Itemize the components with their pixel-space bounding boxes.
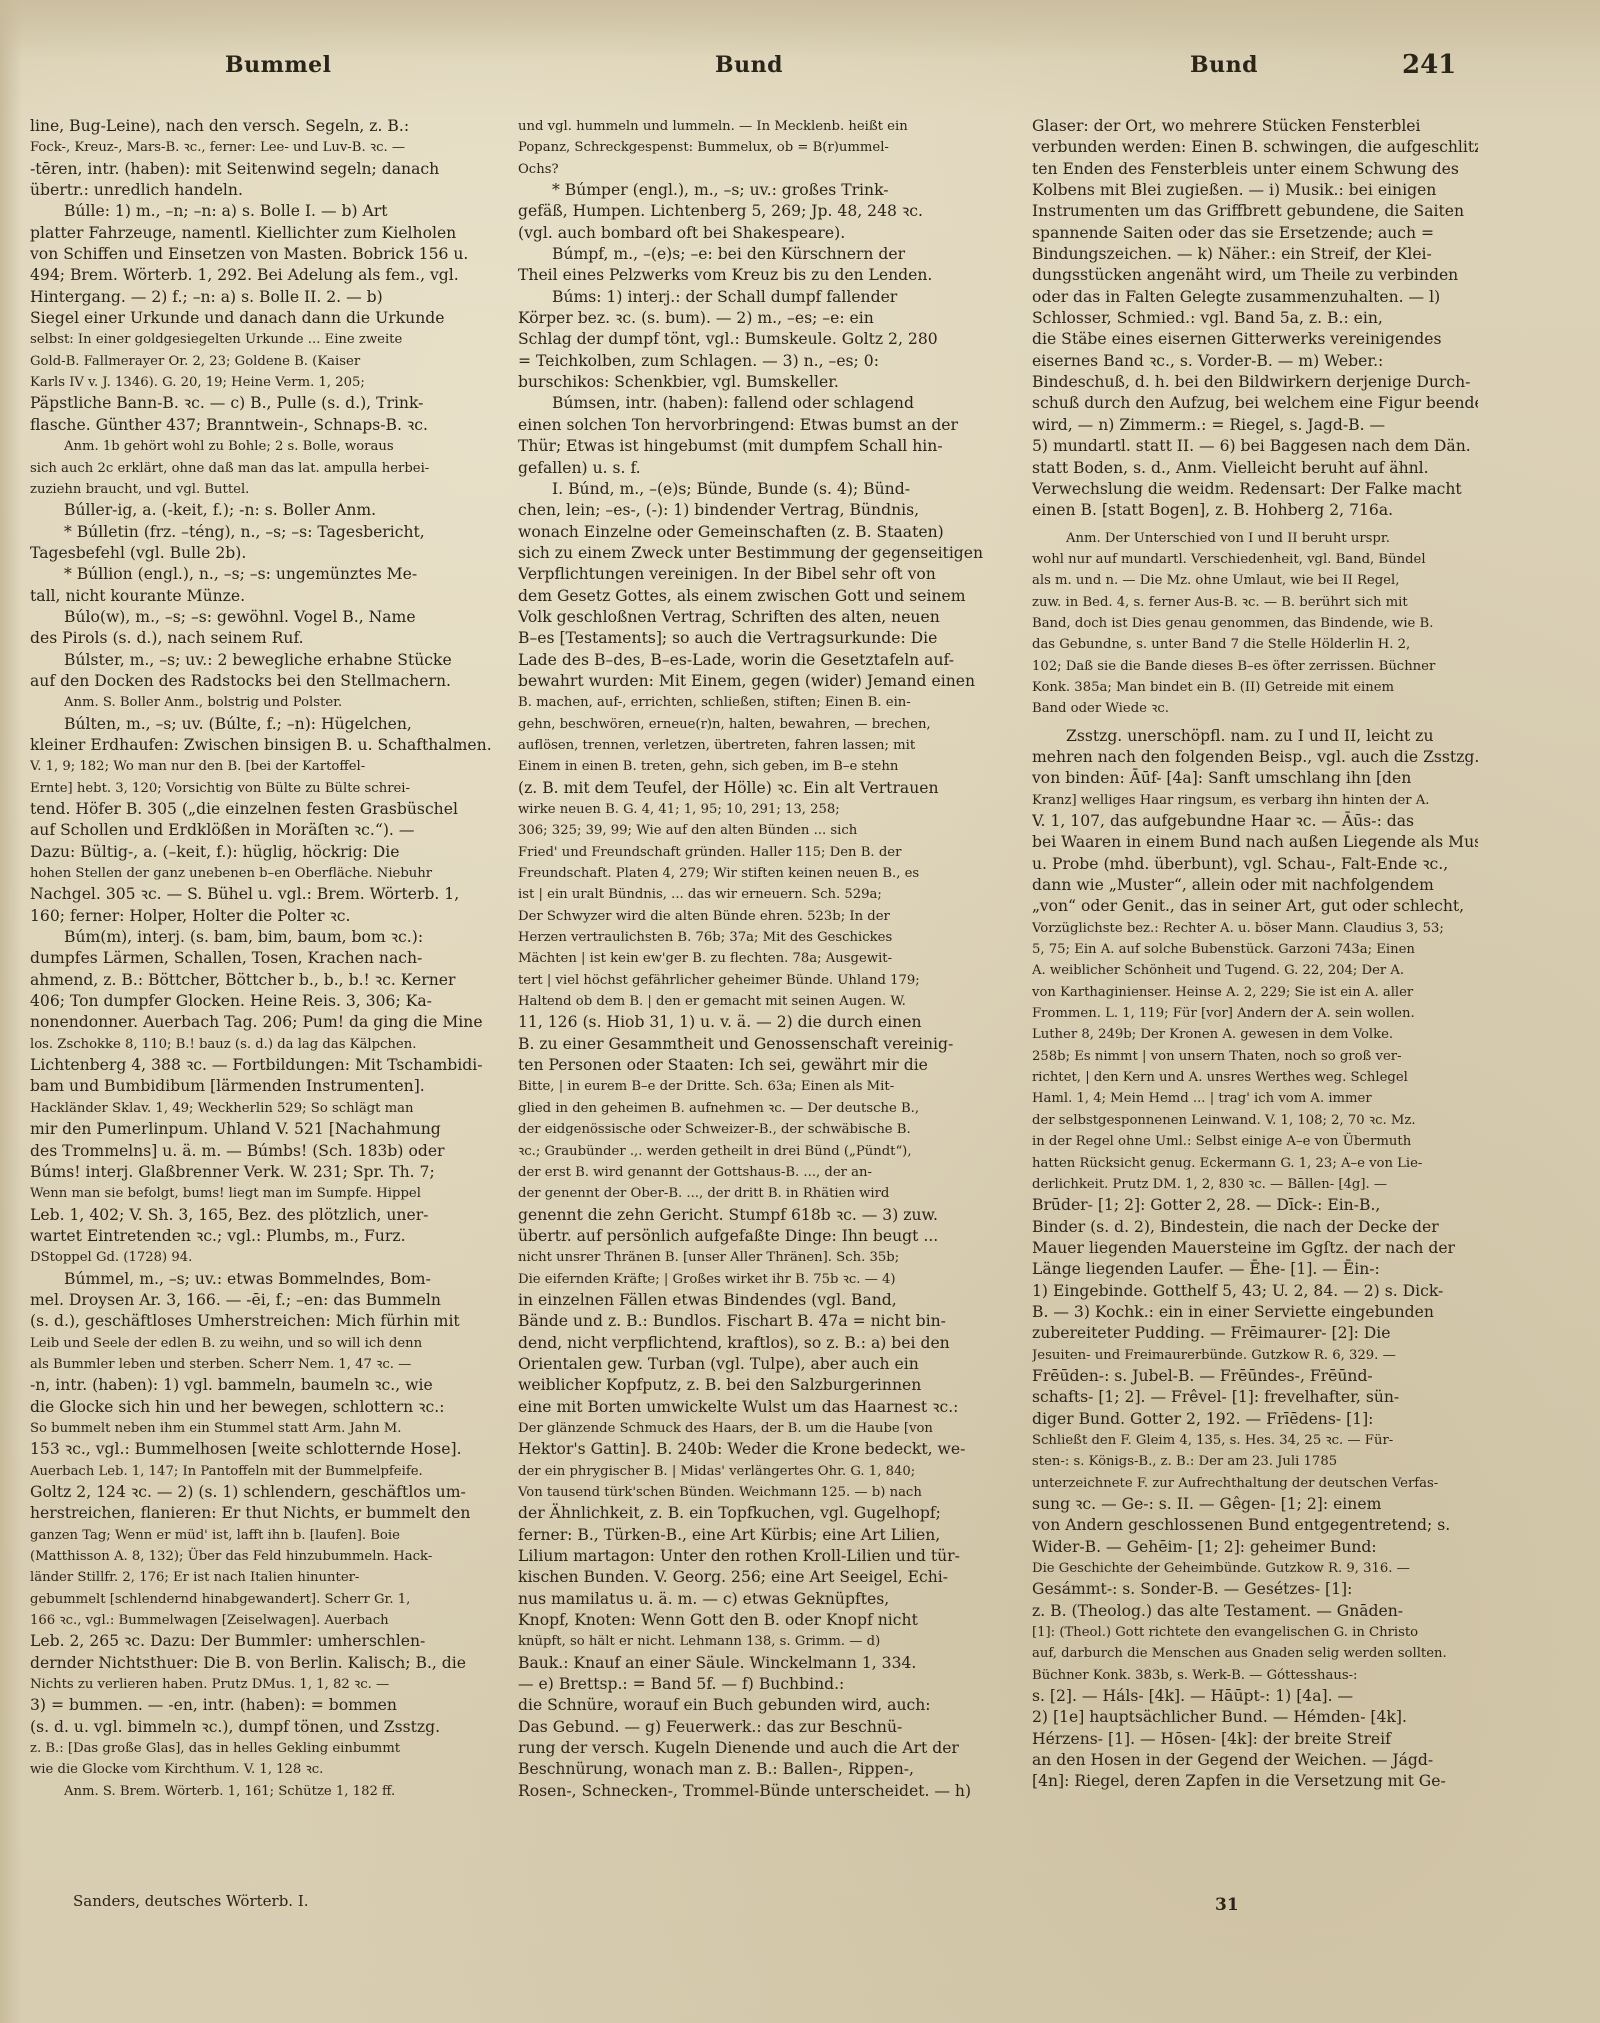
dictionary-line: Tagesbefehl (vgl. Bulle 2b). (30, 543, 508, 564)
dictionary-line: wartet Eintretenden ꝛc.; vgl.: Plumbs, m… (30, 1226, 508, 1247)
dictionary-line: die Stäbe eines eisernen Gitterwerks ver… (1032, 329, 1478, 350)
dictionary-line: wie die Glocke vom Kirchthum. V. 1, 128 … (30, 1759, 508, 1780)
dictionary-line: auf Schollen und Erdklößen in Moräſten ꝛ… (30, 820, 508, 841)
dictionary-line: 5) mundartl. statt II. — 6) bei Baggesen… (1032, 436, 1478, 457)
dictionary-line: dumpfes Lärmen, Schallen, Tosen, Krachen… (30, 948, 508, 969)
dictionary-line: Schlag der dumpf tönt, vgl.: Bumskeule. … (518, 329, 992, 350)
dictionary-line: selbst: In einer goldgesiegelten Urkunde… (30, 329, 508, 350)
dictionary-line: B. — 3) Kochk.: ein in einer Serviette e… (1032, 1302, 1478, 1323)
dictionary-line: auf, darburch die Menschen aus Gnaden se… (1032, 1643, 1478, 1664)
dictionary-line: Mauer liegenden Mauersteine im Ggſtz. de… (1032, 1238, 1478, 1259)
dictionary-line: dann wie „Muster“, allein oder mit nachf… (1032, 875, 1478, 896)
dictionary-line: ꝛc.; Graubünder .,. werden getheilt in d… (518, 1141, 992, 1162)
dictionary-line: Fock-, Kreuz-, Mars-B. ꝛc., ferner: Lee-… (30, 137, 508, 158)
dictionary-line: auf den Docken des Radstocks bei den Ste… (30, 671, 508, 692)
dictionary-line: bei Waaren in einem Bund nach außen Lieg… (1032, 832, 1478, 853)
dictionary-line: statt Boden, s. d., Anm. Vielleicht beru… (1032, 458, 1478, 479)
dictionary-line: mel. Droysen Ar. 3, 166. — -ēi, f.; –en:… (30, 1290, 508, 1311)
dictionary-line: des Pirols (s. d.), nach seinem Ruf. (30, 628, 508, 649)
dictionary-line: Ochs? (518, 159, 992, 180)
dictionary-line: von Schiffen und Einsetzen von Masten. B… (30, 244, 508, 265)
dictionary-line: DStoppel Gd. (1728) 94. (30, 1247, 508, 1268)
dictionary-line: [4n]: Riegel, deren Zapfen in die Verset… (1032, 1771, 1478, 1792)
dictionary-line: Volk geschloßnen Vertrag, Schriften des … (518, 607, 992, 628)
dictionary-line: Wenn man sie befolgt, bums! liegt man im… (30, 1183, 508, 1204)
dictionary-line: Kolbens mit Blei zugießen. — i) Musik.: … (1032, 180, 1478, 201)
dictionary-line: s. [2]. — Háls- [4k]. — Hāūpt-: 1) [4a].… (1032, 1686, 1478, 1707)
dictionary-line: 160; ferner: Holper, Holter die Polter ꝛ… (30, 906, 508, 927)
dictionary-line: dend, nicht verpflichtend, kraftlos), so… (518, 1333, 992, 1354)
dictionary-line: eisernes Band ꝛc., s. Vorder-B. — m) Web… (1032, 351, 1478, 372)
dictionary-line: Nachgel. 305 ꝛc. — S. Bühel u. vgl.: Bre… (30, 884, 508, 905)
dictionary-line: unterzeichnete F. zur Aufrechthaltung de… (1032, 1473, 1478, 1494)
dictionary-line: tert | viel höchst gefährlicher geheimer… (518, 970, 992, 991)
dictionary-line: Schließt den F. Gleim 4, 135, s. Hes. 34… (1032, 1430, 1478, 1451)
text-column-2: und vgl. hummeln und lummeln. — In Meckl… (518, 116, 992, 1802)
dictionary-line: Körper bez. ꝛc. (s. bum). — 2) m., –es; … (518, 308, 992, 329)
dictionary-line: Jesuiten- und Freimaurerbünde. Gutzkow R… (1032, 1345, 1478, 1366)
dictionary-line: (s. d.), geschäftloses Umherstreichen: M… (30, 1311, 508, 1332)
dictionary-line: 406; Ton dumpfer Glocken. Heine Reis. 3,… (30, 991, 508, 1012)
dictionary-line: ahmend, z. B.: Böttcher, Böttcher b., b.… (30, 970, 508, 991)
book-spine-shadow (0, 0, 22, 2023)
dictionary-line: Knopf, Knoten: Wenn Gott den B. oder Kno… (518, 1610, 992, 1631)
text-column-1: line, Bug-Leine), nach den versch. Segel… (30, 116, 508, 1802)
dictionary-line: kleiner Erdhaufen: Zwischen binsigen B. … (30, 735, 508, 756)
dictionary-line: -n, intr. (haben): 1) vgl. bammeln, baum… (30, 1375, 508, 1396)
dictionary-line: Auerbach Leb. 1, 147; In Pantoffeln mit … (30, 1461, 508, 1482)
dictionary-line: dungsstücken angenäht wird, um Theile zu… (1032, 265, 1478, 286)
dictionary-line: Länge liegenden Laufer. — Ēhe- [1]. — Ēi… (1032, 1259, 1478, 1280)
dictionary-line: Lade des B–des, B–es-Lade, worin die Ges… (518, 650, 992, 671)
dictionary-line: Freundschaft. Platen 4, 279; Wir stiften… (518, 863, 992, 884)
dictionary-line: flasche. Günther 437; Branntwein-, Schna… (30, 415, 508, 436)
dictionary-line: Herzen vertraulichsten B. 76b; 37a; Mit … (518, 927, 992, 948)
dictionary-line: der selbstgesponnenen Leinwand. V. 1, 10… (1032, 1110, 1478, 1131)
page-edge-shadow (0, 0, 1600, 60)
dictionary-line: dem Gesetz Gottes, als einem zwischen Go… (518, 586, 992, 607)
dictionary-line: wird, — n) Zimmerm.: = Riegel, s. Jagd-B… (1032, 415, 1478, 436)
dictionary-line: diger Bund. Gotter 2, 192. — Frīēdens- [… (1032, 1409, 1478, 1430)
dictionary-line: Búlten, m., –s; uv. (Búlte, f.; –n): Hüg… (30, 714, 508, 735)
dictionary-line: platter Fahrzeuge, namentl. Kiellichter … (30, 223, 508, 244)
dictionary-line: Verwechslung die weidm. Redensart: Der F… (1032, 479, 1478, 500)
dictionary-line: 494; Brem. Wörterb. 1, 292. Bei Adelung … (30, 265, 508, 286)
dictionary-line: knüpft, so hält er nicht. Lehmann 138, s… (518, 1631, 992, 1652)
dictionary-line: Beschnürung, wonach man z. B.: Ballen-, … (518, 1759, 992, 1780)
dictionary-line: (z. B. mit dem Teufel, der Hölle) ꝛc. Ei… (518, 778, 992, 799)
dictionary-line: oder das in Falten Gelegte zusammenzuhal… (1032, 287, 1478, 308)
dictionary-line: sich auch 2c erklärt, ohne daß man das l… (30, 458, 508, 479)
dictionary-line: als Bummler leben und sterben. Scherr Ne… (30, 1354, 508, 1375)
dictionary-line: Fried' und Freundschaft gründen. Haller … (518, 842, 992, 863)
dictionary-line: Theil eines Pelzwerks vom Kreuz bis zu d… (518, 265, 992, 286)
dictionary-line: Konk. 385a; Man bindet ein B. (II) Getre… (1032, 677, 1478, 698)
dictionary-line: * Búmper (engl.), m., –s; uv.: großes Tr… (518, 180, 992, 201)
dictionary-line: V. 1, 107, das aufgebundne Haar ꝛc. — Āū… (1032, 811, 1478, 832)
dictionary-line: länder Stillfr. 2, 176; Er ist nach Ital… (30, 1567, 508, 1588)
dictionary-line: Mächten | ist kein ew'ger B. zu flechten… (518, 948, 992, 969)
dictionary-line: Luther 8, 249b; Der Kronen A. gewesen in… (1032, 1024, 1478, 1045)
dictionary-line: von Andern geschlossenen Bund entgegentr… (1032, 1515, 1478, 1536)
guide-word-center: Bund (715, 52, 783, 78)
dictionary-line: übertr.: unredlich handeln. (30, 180, 508, 201)
dictionary-line: und vgl. hummeln und lummeln. — In Meckl… (518, 116, 992, 137)
dictionary-line: ten Enden des Fensterbleis unter einem S… (1032, 159, 1478, 180)
dictionary-line: 1) Eingebinde. Gotthelf 5, 43; U. 2, 84.… (1032, 1281, 1478, 1302)
dictionary-line: ten Personen oder Staaten: Ich sei, gewä… (518, 1055, 992, 1076)
dictionary-line: gebummelt [schlendernd hinabgewandert]. … (30, 1589, 508, 1610)
dictionary-line: spannende Saiten oder das sie Ersetzende… (1032, 223, 1478, 244)
dictionary-line: Siegel einer Urkunde und danach dann die… (30, 308, 508, 329)
dictionary-line: ferner: B., Türken-B., eine Art Kürbis; … (518, 1525, 992, 1546)
dictionary-line: 5, 75; Ein A. auf solche Bubenstück. Gar… (1032, 939, 1478, 960)
dictionary-line: hatten Rücksicht genug. Eckermann G. 1, … (1032, 1153, 1478, 1174)
dictionary-line: Die eifernden Kräfte; | Großes wirket ih… (518, 1269, 992, 1290)
dictionary-line: (s. d. u. vgl. bimmeln ꝛc.), dumpf tönen… (30, 1717, 508, 1738)
dictionary-line: Karls IV v. J. 1346). G. 20, 19; Heine V… (30, 372, 508, 393)
dictionary-line: mehren nach den folgenden Beisp., vgl. a… (1032, 747, 1478, 768)
dictionary-line: Búmmel, m., –s; uv.: etwas Bommelndes, B… (30, 1269, 508, 1290)
dictionary-line: Búmsen, intr. (haben): fallend oder schl… (518, 393, 992, 414)
dictionary-line: gehn, beschwören, erneue(r)n, halten, be… (518, 714, 992, 735)
dictionary-line: Der glänzende Schmuck des Haars, der B. … (518, 1418, 992, 1439)
dictionary-line: (vgl. auch bombard oft bei Shakespeare). (518, 223, 992, 244)
dictionary-line: — e) Brettsp.: = Band 5f. — f) Buchbind.… (518, 1674, 992, 1695)
dictionary-line: Schlosser, Schmied.: vgl. Band 5a, z. B.… (1032, 308, 1478, 329)
dictionary-line: 153 ꝛc., vgl.: Bummelhosen [weite schlot… (30, 1439, 508, 1460)
dictionary-line: Instrumenten um das Griffbrett gebundene… (1032, 201, 1478, 222)
dictionary-line: in einzelnen Fällen etwas Bindendes (vgl… (518, 1290, 992, 1311)
dictionary-line: I. Búnd, m., –(e)s; Bünde, Bunde (s. 4);… (518, 479, 992, 500)
signature-mark: 31 (1215, 1895, 1239, 1915)
dictionary-line: weiblicher Kopfputz, z. B. bei den Salzb… (518, 1375, 992, 1396)
dictionary-line: burschikos: Schenkbier, vgl. Bumskeller. (518, 372, 992, 393)
dictionary-line: 3) = bummen. — -en, intr. (haben): = bom… (30, 1695, 508, 1716)
dictionary-line: zubereiteter Pudding. — Frēimaurer- [2]:… (1032, 1323, 1478, 1344)
dictionary-line: B. zu einer Gesammtheit und Genossenscha… (518, 1034, 992, 1055)
dictionary-line: der erst B. wird genannt der Gottshaus-B… (518, 1162, 992, 1183)
dictionary-line: V. 1, 9; 182; Wo man nur den B. [bei der… (30, 756, 508, 777)
dictionary-line: Orientalen gew. Turban (vgl. Tulpe), abe… (518, 1354, 992, 1375)
dictionary-line: einen B. [statt Bogen], z. B. Hohberg 2,… (1032, 500, 1478, 521)
dictionary-line: Zsstzg. unerschöpfl. nam. zu I und II, l… (1032, 726, 1478, 747)
dictionary-line: Búlster, m., –s; uv.: 2 bewegliche erhab… (30, 650, 508, 671)
dictionary-line: dernder Nichtsthuer: Die B. von Berlin. … (30, 1653, 508, 1674)
dictionary-line: von Karthaginienser. Heinse A. 2, 229; S… (1032, 982, 1478, 1003)
dictionary-line: tend. Höfer B. 305 („die einzelnen feste… (30, 799, 508, 820)
dictionary-line: Vorzüglichste bez.: Rechter A. u. böser … (1032, 918, 1478, 939)
dictionary-line: -tēren, intr. (haben): mit Seitenwind se… (30, 159, 508, 180)
dictionary-line: gefallen) u. s. f. (518, 458, 992, 479)
dictionary-line: der Ähnlichkeit, z. B. ein Topfkuchen, v… (518, 1503, 992, 1524)
dictionary-line: eine mit Borten umwickelte Wulst um das … (518, 1397, 992, 1418)
dictionary-line: nonendonner. Auerbach Tag. 206; Pum! da … (30, 1012, 508, 1033)
dictionary-line: Hektor's Gattin]. B. 240b: Weder die Kro… (518, 1439, 992, 1460)
dictionary-line: * Búlletin (frz. –téng), n., –s; –s: Tag… (30, 522, 508, 543)
dictionary-line: ist | ein uralt Bündnis, ... das wir ern… (518, 884, 992, 905)
dictionary-line: Anm. Der Unterschied von I und II beruht… (1032, 528, 1478, 549)
dictionary-line: Dazu: Bültig-, a. (–keit, f.): hüglig, h… (30, 842, 508, 863)
dictionary-line: an den Hosen in der Gegend der Weichen. … (1032, 1750, 1478, 1771)
dictionary-line: wohl nur auf mundartl. Verschiedenheit, … (1032, 549, 1478, 570)
dictionary-line: genennt die zehn Gericht. Stumpf 618b ꝛc… (518, 1205, 992, 1226)
dictionary-line: B. machen, auf-, errichten, schließen, s… (518, 692, 992, 713)
dictionary-line: * Búllion (engl.), n., –s; –s: ungemünzt… (30, 564, 508, 585)
dictionary-line: derlichkeit. Prutz DM. 1, 2, 830 ꝛc. — B… (1032, 1174, 1478, 1195)
dictionary-line: einen solchen Ton hervorbringend: Etwas … (518, 415, 992, 436)
dictionary-line: Búmpf, m., –(e)s; –e: bei den Kürschnern… (518, 244, 992, 265)
dictionary-line: Brūder- [1; 2]: Gotter 2, 28. — Dīck-: E… (1032, 1195, 1478, 1216)
dictionary-line: schuß durch den Aufzug, bei welchem eine… (1032, 393, 1478, 414)
dictionary-line: Nichts zu verlieren haben. Prutz DMus. 1… (30, 1674, 508, 1695)
dictionary-line: Päpstliche Bann-B. ꝛc. — c) B., Pulle (s… (30, 393, 508, 414)
dictionary-line: Popanz, Schreckgespenst: Bummelux, ob = … (518, 137, 992, 158)
dictionary-line: die Schnüre, worauf ein Buch gebunden wi… (518, 1695, 992, 1716)
dictionary-line: Hérzens- [1]. — Hōsen- [4k]: der breite … (1032, 1729, 1478, 1750)
dictionary-line: Büchner Konk. 383b, s. Werk-B. — Góttess… (1032, 1665, 1478, 1686)
dictionary-line: Búms! interj. Glaßbrenner Verk. W. 231; … (30, 1162, 508, 1183)
dictionary-line: wirke neuen B. G. 4, 41; 1, 95; 10, 291;… (518, 799, 992, 820)
dictionary-line: Wider-B. — Gehēim- [1; 2]: geheimer Bund… (1032, 1537, 1478, 1558)
dictionary-line: Leb. 1, 402; V. Sh. 3, 165, Bez. des plö… (30, 1205, 508, 1226)
dictionary-line: Binder (s. d. 2), Bindestein, die nach d… (1032, 1217, 1478, 1238)
dictionary-line: Von tausend türk'schen Bünden. Weichmann… (518, 1482, 992, 1503)
dictionary-line: Anm. 1b gehört wohl zu Bohle; 2 s. Bolle… (30, 436, 508, 457)
dictionary-line: der genennt der Ober-B. ..., der dritt B… (518, 1183, 992, 1204)
dictionary-line: 102; Daß sie die Bande dieses B–es öfter… (1032, 656, 1478, 677)
dictionary-line: line, Bug-Leine), nach den versch. Segel… (30, 116, 508, 137)
dictionary-line: Gesámmt-: s. Sonder-B. — Gesétzes- [1]: (1032, 1579, 1478, 1600)
dictionary-line: gefäß, Humpen. Lichtenberg 5, 269; Jp. 4… (518, 201, 992, 222)
dictionary-line: Hackländer Sklav. 1, 49; Weckherlin 529;… (30, 1098, 508, 1119)
dictionary-line: 258b; Es nimmt | von unsern Thaten, noch… (1032, 1046, 1478, 1067)
dictionary-line: Frommen. L. 1, 119; Für [vor] Andern der… (1032, 1003, 1478, 1024)
dictionary-line: Ernte] hebt. 3, 120; Vorsichtig von Bült… (30, 778, 508, 799)
dictionary-line: Búms: 1) interj.: der Schall dumpf falle… (518, 287, 992, 308)
dictionary-line: u. Probe (mhd. überbunt), vgl. Schau-, F… (1032, 854, 1478, 875)
dictionary-line: [1]: (Theol.) Gott richtete den evangeli… (1032, 1622, 1478, 1643)
page-number: 241 (1402, 50, 1456, 80)
dictionary-line: Bände und z. B.: Bundlos. Fischart B. 47… (518, 1311, 992, 1332)
dictionary-line: auflösen, trennen, verletzen, übertreten… (518, 735, 992, 756)
dictionary-line: 11, 126 (s. Hiob 31, 1) u. v. ä. — 2) di… (518, 1012, 992, 1033)
dictionary-line: schafts- [1; 2]. — Frêvel- [1]: frevelha… (1032, 1387, 1478, 1408)
dictionary-line: sich zu einem Zweck unter Bestimmung der… (518, 543, 992, 564)
text-column-3: Glaser: der Ort, wo mehrere Stücken Fens… (1032, 116, 1478, 1793)
dictionary-line: z. B.: [Das große Glas], das in helles G… (30, 1738, 508, 1759)
dictionary-line: kischen Bunden. V. Georg. 256; eine Art … (518, 1567, 992, 1588)
dictionary-line: Verpflichtungen vereinigen. In der Bibel… (518, 564, 992, 585)
dictionary-line: Leib und Seele der edlen B. zu weihn, un… (30, 1333, 508, 1354)
dictionary-line: sung ꝛc. — Ge-: s. II. — Gêgen- [1; 2]: … (1032, 1494, 1478, 1515)
dictionary-line: der eidgenössische oder Schweizer-B., de… (518, 1119, 992, 1140)
dictionary-line: chen, lein; –es-, (-): 1) bindender Vert… (518, 500, 992, 521)
dictionary-line: Haml. 1, 4; Mein Hemd ... | trag' ich vo… (1032, 1088, 1478, 1109)
dictionary-line: 2) [1e] hauptsächlicher Bund. — Hémden- … (1032, 1707, 1478, 1728)
dictionary-line: los. Zschokke 8, 110; B.! bauz (s. d.) d… (30, 1034, 508, 1055)
dictionary-line: Bitte, | in eurem B–e der Dritte. Sch. 6… (518, 1076, 992, 1097)
dictionary-line: nicht unsrer Thränen B. [unser Aller Thr… (518, 1247, 992, 1268)
dictionary-line: Band, doch ist Dies genau genommen, das … (1032, 613, 1478, 634)
dictionary-line: Frēūden-: s. Jubel-B. — Frēūndes-, Frēūn… (1032, 1366, 1478, 1387)
dictionary-line: nus mamilatus u. ä. m. — c) etwas Geknüp… (518, 1589, 992, 1610)
dictionary-line: 306; 325; 39, 99; Wie auf den alten Bünd… (518, 820, 992, 841)
dictionary-line: Das Gebund. — g) Feuerwerk.: das zur Bes… (518, 1717, 992, 1738)
dictionary-line: Der Schwyzer wird die alten Bünde ehren.… (518, 906, 992, 927)
dictionary-line: verbunden werden: Einen B. schwingen, di… (1032, 137, 1478, 158)
dictionary-line: hohen Stellen der ganz unebenen b–en Obe… (30, 863, 508, 884)
dictionary-line: 166 ꝛc., vgl.: Bummelwagen [Zeiselwagen]… (30, 1610, 508, 1631)
dictionary-line: glied in den geheimen B. aufnehmen ꝛc. —… (518, 1098, 992, 1119)
dictionary-line: bam und Bumbidibum [lärmenden Instrument… (30, 1076, 508, 1097)
dictionary-line: Kranz] welliges Haar ringsum, es verbarg… (1032, 790, 1478, 811)
dictionary-line: Búlo(w), m., –s; –s: gewöhnl. Vogel B., … (30, 607, 508, 628)
dictionary-line: z. B. (Theolog.) das alte Testament. — G… (1032, 1601, 1478, 1622)
dictionary-line: Búm(m), interj. (s. bam, bim, baum, bom … (30, 927, 508, 948)
dictionary-line: Búlle: 1) m., –n; –n: a) s. Bolle I. — b… (30, 201, 508, 222)
dictionary-line: Haltend ob dem B. | den er gemacht mit s… (518, 991, 992, 1012)
guide-word-left: Bummel (225, 52, 332, 78)
dictionary-line: mir den Pumerlinpum. Uhland V. 521 [Nach… (30, 1119, 508, 1140)
dictionary-line: als m. und n. — Die Mz. ohne Umlaut, wie… (1032, 570, 1478, 591)
dictionary-line: in der Regel ohne Uml.: Selbst einige A–… (1032, 1131, 1478, 1152)
dictionary-line: Anm. S. Boller Anm., bolstrig und Polste… (30, 692, 508, 713)
dictionary-line: (Matthisson A. 8, 132); Über das Feld hi… (30, 1546, 508, 1567)
dictionary-line: Thür; Etwas ist hingebumst (mit dumpfem … (518, 436, 992, 457)
dictionary-line: ganzen Tag; Wenn er müd' ist, lafft ihn … (30, 1525, 508, 1546)
dictionary-line: zuw. in Bed. 4, s. ferner Aus-B. ꝛc. — B… (1032, 592, 1478, 613)
dictionary-line: richtet, | den Kern und A. unsres Werthe… (1032, 1067, 1478, 1088)
dictionary-line: übertr. auf persönlich aufgefaßte Dinge:… (518, 1226, 992, 1247)
dictionary-line: „von“ oder Genit., das in seiner Art, gu… (1032, 896, 1478, 917)
dictionary-line: bewahrt wurden: Mit Einem, gegen (wider)… (518, 671, 992, 692)
dictionary-line: zuziehn braucht, und vgl. Buttel. (30, 479, 508, 500)
dictionary-line: rung der versch. Kugeln Dienende und auc… (518, 1738, 992, 1759)
dictionary-line: Gold-B. Fallmerayer Or. 2, 23; Goldene B… (30, 351, 508, 372)
dictionary-line: von binden: Āūf- [4a]: Sanft umschlang i… (1032, 768, 1478, 789)
dictionary-line: Búller-ig, a. (-keit, f.); -n: s. Boller… (30, 500, 508, 521)
dictionary-line: = Teichkolben, zum Schlagen. — 3) n., –e… (518, 351, 992, 372)
dictionary-line: tall, nicht kourante Münze. (30, 586, 508, 607)
dictionary-line: das Gebundne, s. unter Band 7 die Stelle… (1032, 634, 1478, 655)
dictionary-line: Die Geschichte der Geheimbünde. Gutzkow … (1032, 1558, 1478, 1579)
dictionary-line: herstreichen, flanieren: Er thut Nichts,… (30, 1503, 508, 1524)
dictionary-line: Bindeschuß, d. h. bei den Bildwirkern de… (1032, 372, 1478, 393)
dictionary-line: Hintergang. — 2) f.; –n: a) s. Bolle II.… (30, 287, 508, 308)
dictionary-line: wonach Einzelne oder Gemeinschaften (z. … (518, 522, 992, 543)
dictionary-line: Bindungszeichen. — k) Näher.: ein Streif… (1032, 244, 1478, 265)
dictionary-line: Glaser: der Ort, wo mehrere Stücken Fens… (1032, 116, 1478, 137)
dictionary-line: Einem in einen B. treten, gehn, sich geb… (518, 756, 992, 777)
dictionary-line: der ein phrygischer B. | Midas' verlänge… (518, 1461, 992, 1482)
dictionary-line: Anm. S. Brem. Wörterb. 1, 161; Schütze 1… (30, 1781, 508, 1802)
dictionary-line: A. weiblicher Schönheit und Tugend. G. 2… (1032, 960, 1478, 981)
dictionary-line: Rosen-, Schnecken-, Trommel-Bünde unters… (518, 1781, 992, 1802)
dictionary-line: die Glocke sich hin und her bewegen, sch… (30, 1397, 508, 1418)
running-header: Bummel Bund Bund 241 (0, 52, 1600, 92)
dictionary-line: B–es [Testaments]; so auch die Vertragsu… (518, 628, 992, 649)
dictionary-line: Bauk.: Knauf an einer Säule. Winckelmann… (518, 1653, 992, 1674)
dictionary-line: Lichtenberg 4, 388 ꝛc. — Fortbildungen: … (30, 1055, 508, 1076)
dictionary-line: sten-: s. Königs-B., z. B.: Der am 23. J… (1032, 1451, 1478, 1472)
dictionary-line: Lilium martagon: Unter den rothen Kroll-… (518, 1546, 992, 1567)
dictionary-line: des Trommelns] u. ä. m. — Búmbs! (Sch. 1… (30, 1141, 508, 1162)
imprint-line: Sanders, deutsches Wörterb. I. (73, 1892, 309, 1910)
dictionary-line: Leb. 2, 265 ꝛc. Dazu: Der Bummler: umher… (30, 1631, 508, 1652)
guide-word-right: Bund (1190, 52, 1258, 78)
dictionary-line: Band oder Wiede ꝛc. (1032, 698, 1478, 719)
dictionary-line: Goltz 2, 124 ꝛc. — 2) (s. 1) schlendern,… (30, 1482, 508, 1503)
dictionary-line: So bummelt neben ihm ein Stummel statt A… (30, 1418, 508, 1439)
